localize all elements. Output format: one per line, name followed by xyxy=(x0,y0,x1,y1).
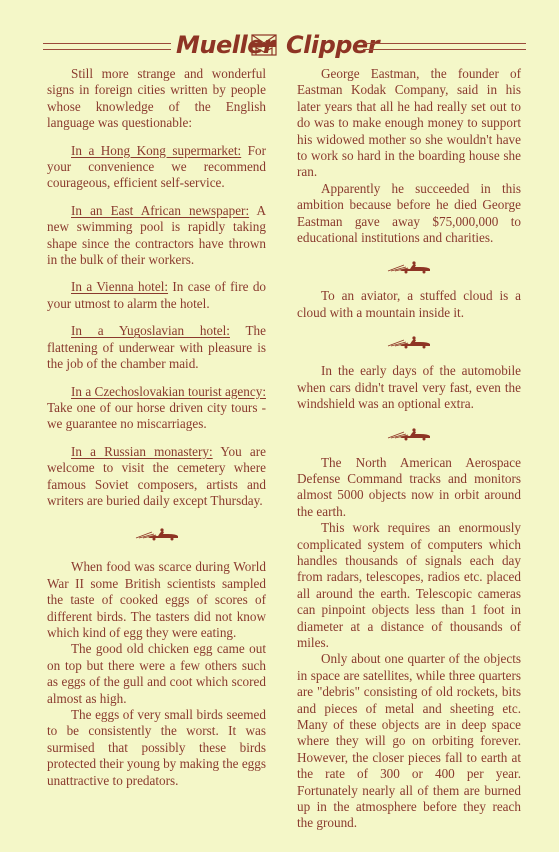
eggs-paragraph-3: The eggs of very small birds seemed to b… xyxy=(47,707,266,789)
right-column: George Eastman, the founder of Eastman K… xyxy=(297,66,521,832)
left-column: Still more strange and wonderful signs i… xyxy=(47,66,266,789)
eggs-paragraph-2: The good old chicken egg came out on top… xyxy=(47,641,266,707)
sign-place: In an East African newspaper: xyxy=(71,203,249,218)
norad-paragraph-2: This work requires an enormously complic… xyxy=(297,520,521,651)
sign-place: In a Czechoslovakian tourist agency: xyxy=(71,384,266,399)
sign-vienna: In a Vienna hotel: In case of fire do yo… xyxy=(47,279,266,312)
sign-text: Take one of our horse driven city tours … xyxy=(47,400,266,431)
masthead-rule-left xyxy=(43,43,171,50)
norad-paragraph-3: Only about one quarter of the objects in… xyxy=(297,651,521,831)
sign-hong-kong: In a Hong Kong supermarket: For your con… xyxy=(47,143,266,192)
vintage-car-divider-icon xyxy=(386,260,432,274)
sign-yugoslavia: In a Yugoslavian hotel: The flattening o… xyxy=(47,323,266,372)
mueller-m-logo-icon xyxy=(251,34,277,56)
vintage-car-divider-icon xyxy=(134,527,180,541)
vintage-car-divider-icon xyxy=(386,427,432,441)
sign-place: In a Russian monastery: xyxy=(71,444,213,459)
sign-east-africa: In an East African newspaper: A new swim… xyxy=(47,203,266,269)
masthead: Mueller Clipper xyxy=(40,30,520,60)
sign-place: In a Yugoslavian hotel: xyxy=(71,323,230,338)
sign-czechoslovakia: In a Czechoslovakian tourist agency: Tak… xyxy=(47,384,266,433)
vintage-car-divider-icon xyxy=(386,335,432,349)
sign-russia: In a Russian monastery: You are welcome … xyxy=(47,444,266,510)
eastman-paragraph-1: George Eastman, the founder of Eastman K… xyxy=(297,66,521,181)
masthead-rule-right xyxy=(363,43,526,50)
sign-place: In a Hong Kong supermarket: xyxy=(71,143,241,158)
norad-paragraph-1: The North American Aerospace Defense Com… xyxy=(297,455,521,521)
automobile-paragraph: In the early days of the automobile when… xyxy=(297,363,521,412)
signs-intro: Still more strange and wonderful signs i… xyxy=(47,66,266,132)
aviator-paragraph: To an aviator, a stuffed cloud is a clou… xyxy=(297,288,521,321)
eastman-paragraph-2: Apparently he succeeded in this ambition… xyxy=(297,181,521,247)
sign-place: In a Vienna hotel: xyxy=(71,279,168,294)
eggs-paragraph-1: When food was scarce during World War II… xyxy=(47,559,266,641)
